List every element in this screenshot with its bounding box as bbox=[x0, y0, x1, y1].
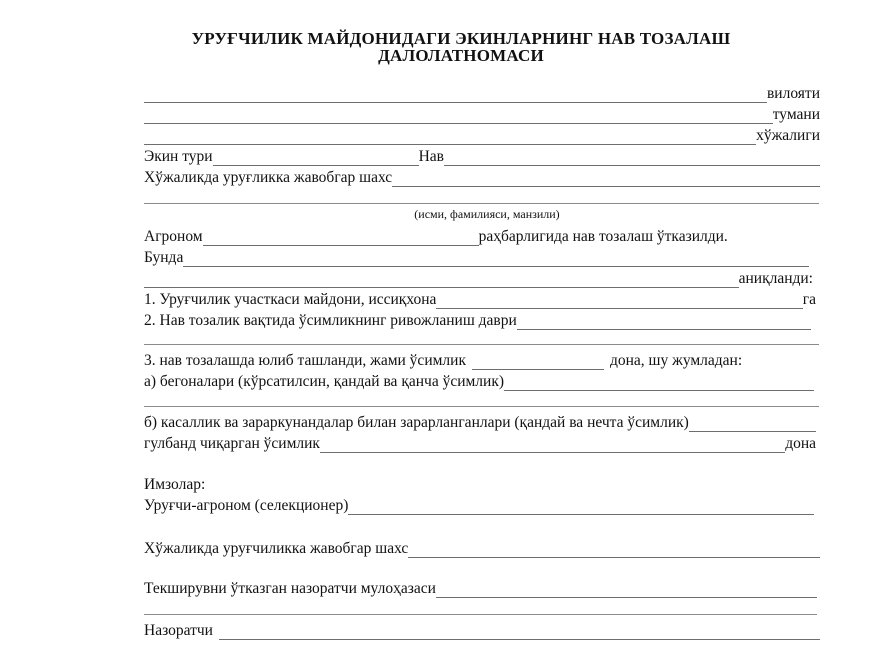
agronomist-label: Агроном bbox=[144, 228, 203, 246]
district-suffix: тумани bbox=[773, 106, 820, 124]
crop-variety-row: Экин тури Нав bbox=[144, 146, 820, 166]
item3-row: 3. нав тозалашда юлиб ташланди, жами ўси… bbox=[144, 350, 818, 370]
inspector-label: Назоратчи bbox=[144, 622, 213, 640]
seed-responsible-extra-line[interactable] bbox=[144, 203, 819, 204]
item3-suffix: дона, шу жумладан: bbox=[610, 352, 742, 370]
bolting-label: гулбанд чиқарган ўсимлик bbox=[144, 435, 320, 453]
farm-seed-responsible-row: Хўжаликда уруғчиликка жавобгар шахс bbox=[144, 538, 820, 558]
determined-field[interactable] bbox=[144, 273, 739, 288]
crop-type-field[interactable] bbox=[213, 151, 419, 166]
item3b-field[interactable] bbox=[689, 417, 816, 432]
region-suffix: вилояти bbox=[767, 85, 820, 103]
seed-responsible-row: Хўжаликда уруғликка жавобгар шахс bbox=[144, 167, 820, 187]
item2-label: 2. Нав тозалик вақтида ўсимликнинг ривож… bbox=[144, 312, 517, 330]
inspector-remarks-label: Текширувни ўтказган назоратчи мулоҳазаси bbox=[144, 580, 436, 598]
inspector-signature[interactable] bbox=[219, 625, 820, 640]
document-title-line-2: ДАЛОЛАТНОМАСИ bbox=[18, 46, 886, 66]
bolting-row: гулбанд чиқарган ўсимлик дона bbox=[144, 433, 816, 453]
inspector-remarks-field[interactable] bbox=[436, 583, 817, 598]
inspector-remarks-row: Текширувни ўтказган назоратчи мулоҳазаси bbox=[144, 578, 817, 598]
here-label: Бунда bbox=[144, 249, 183, 267]
item1-row: 1. Уруғчилик участкаси майдони, иссиқхон… bbox=[144, 289, 816, 309]
item1-suffix: га bbox=[803, 291, 816, 309]
variety-label: Нав bbox=[419, 148, 444, 166]
item3b-row: б) касаллик ва зараркунандалар билан зар… bbox=[144, 412, 816, 432]
bolting-field[interactable] bbox=[320, 438, 785, 453]
inspector-remarks-extra-line[interactable] bbox=[144, 614, 817, 615]
here-field[interactable] bbox=[183, 252, 809, 267]
seed-agronomist-signature[interactable] bbox=[348, 500, 814, 515]
item3b-label: б) касаллик ва зараркунандалар билан зар… bbox=[144, 414, 689, 432]
item3-label: 3. нав тозалашда юлиб ташланди, жами ўси… bbox=[144, 352, 466, 370]
district-field[interactable] bbox=[144, 109, 773, 124]
determined-suffix: аниқланди: bbox=[739, 270, 813, 288]
farm-row: хўжалиги bbox=[144, 125, 820, 145]
agronomist-suffix: раҳбарлигида нав тозалаш ўтказилди. bbox=[479, 228, 728, 246]
name-hint: (исми, фамилияси, манзили) bbox=[0, 207, 886, 222]
crop-type-label: Экин тури bbox=[144, 148, 213, 166]
seed-responsible-field[interactable] bbox=[392, 172, 820, 187]
agronomist-field[interactable] bbox=[203, 231, 479, 246]
item3-total-field[interactable] bbox=[472, 355, 604, 370]
seed-agronomist-label: Уруғчи-агроном (селекционер) bbox=[144, 497, 348, 515]
farm-field[interactable] bbox=[144, 130, 756, 145]
item3a-row: а) бегоналари (кўрсатилсин, қандай ва қа… bbox=[144, 371, 814, 391]
here-row: Бунда bbox=[144, 247, 809, 267]
variety-field[interactable] bbox=[444, 151, 820, 166]
item3a-field[interactable] bbox=[504, 376, 814, 391]
district-row: тумани bbox=[144, 104, 820, 124]
farm-suffix: хўжалиги bbox=[756, 127, 820, 145]
item1-label: 1. Уруғчилик участкаси майдони, иссиқхон… bbox=[144, 291, 436, 309]
bolting-suffix: дона bbox=[785, 435, 816, 453]
signatures-heading-row: Имзолар: bbox=[144, 474, 820, 494]
region-field[interactable] bbox=[144, 88, 767, 103]
item3a-label: а) бегоналари (кўрсатилсин, қандай ва қа… bbox=[144, 373, 504, 391]
region-row: вилояти bbox=[144, 83, 820, 103]
farm-seed-responsible-label: Хўжаликда уруғчиликка жавобгар шахс bbox=[144, 540, 408, 558]
item2-field[interactable] bbox=[517, 315, 811, 330]
farm-seed-responsible-signature[interactable] bbox=[408, 543, 820, 558]
agronomist-row: Агроном раҳбарлигида нав тозалаш ўтказил… bbox=[144, 226, 820, 246]
item3a-extra-line[interactable] bbox=[144, 406, 819, 407]
item2-row: 2. Нав тозалик вақтида ўсимликнинг ривож… bbox=[144, 310, 811, 330]
seed-responsible-label: Хўжаликда уруғликка жавобгар шахс bbox=[144, 169, 392, 187]
determined-row: аниқланди: bbox=[144, 268, 813, 288]
seed-agronomist-row: Уруғчи-агроном (селекционер) bbox=[144, 495, 814, 515]
item2-extra-line[interactable] bbox=[144, 344, 819, 345]
inspector-row: Назоратчи bbox=[144, 620, 820, 640]
signatures-heading: Имзолар: bbox=[144, 476, 205, 494]
item1-field[interactable] bbox=[436, 294, 802, 309]
